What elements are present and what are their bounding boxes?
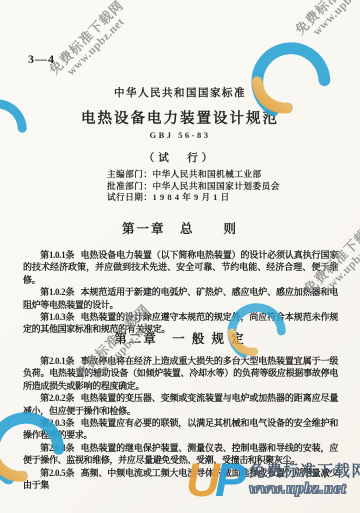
clause-2-0-1: 第2.0.1条事故停电将在经济上造成重大损失的多台大型电热装置宜属于一级负荷。电… [23, 355, 338, 392]
trial-status: （试 行） [0, 150, 360, 165]
chapter1-heading: 第一章 总 则 [0, 219, 360, 237]
clause-label: 第2.0.3条 [40, 418, 81, 428]
chapter2-heading: 第二章 一 般 规 定 [0, 329, 360, 347]
clause-label: 第1.0.3条 [40, 312, 81, 322]
chapter1-body: 第1.0.1条电热设备电力装置（以下简称电热装置）的设计必须认真执行国家的技术经… [23, 249, 338, 336]
chapter2-body: 第2.0.1条事故停电将在经济上造成重大损失的多台大型电热装置宜属于一级负荷。电… [23, 355, 338, 491]
clause-2-0-5: 第2.0.5条高频、中频电流或工频大电流导体的截面选择或布置，应尽量减少由于集 [23, 467, 338, 492]
clause-label: 第1.0.1条 [40, 250, 81, 260]
handwritten-corner-mark: 3—4 [28, 52, 55, 67]
clause-1-0-2: 第1.0.2条本规范适用于新建的电弧炉、矿热炉、感应电炉、感应加热器和电阻炉等电… [23, 286, 338, 311]
clause-label: 第2.0.1条 [40, 356, 81, 366]
scanned-standard-page: 3—4 中华人民共和国国家标准 电热设备电力装置设计规范 GBJ 56-83 （… [0, 0, 360, 513]
clause-label: 第1.0.2条 [40, 287, 81, 297]
approval-department-line: 批准部门：中华人民共和国国家计划委员会 [107, 181, 280, 193]
standard-label: 中华人民共和国国家标准 [0, 85, 360, 100]
standard-code: GBJ 56-83 [0, 130, 360, 140]
clause-1-0-1: 第1.0.1条电热设备电力装置（以下简称电热装置）的设计必须认真执行国家的技术经… [23, 249, 338, 286]
publication-meta: 主编部门：中华人民共和国机械工业部 批准部门：中华人民共和国国家计划委员会 试行… [107, 169, 280, 204]
trial-date-line: 试行日期：1 9 8 4 年 9 月 1 日 [107, 192, 280, 204]
clause-2-0-2: 第2.0.2条电热装置的变压器、变频或变流装置与电炉或加热器的距离应尽量减小，但… [23, 392, 338, 417]
clause-2-0-3: 第2.0.3条电热装置应有必要的联锁，以满足其机械和电气设备的安全维护和操作程序… [23, 417, 338, 442]
document-title: 电热设备电力装置设计规范 [0, 107, 360, 128]
clause-2-0-4: 第2.0.4条电热装置的继电保护装置、测量仪表、控制电器和导线的安装，应便于操作… [23, 442, 338, 467]
clause-label: 第2.0.5条 [40, 468, 81, 478]
document-content: 3—4 中华人民共和国国家标准 电热设备电力装置设计规范 GBJ 56-83 （… [0, 0, 360, 513]
clause-label: 第2.0.4条 [40, 443, 81, 453]
clause-label: 第2.0.2条 [40, 393, 81, 403]
page-number: ·595· [297, 466, 316, 475]
editor-department-line: 主编部门：中华人民共和国机械工业部 [107, 169, 280, 181]
